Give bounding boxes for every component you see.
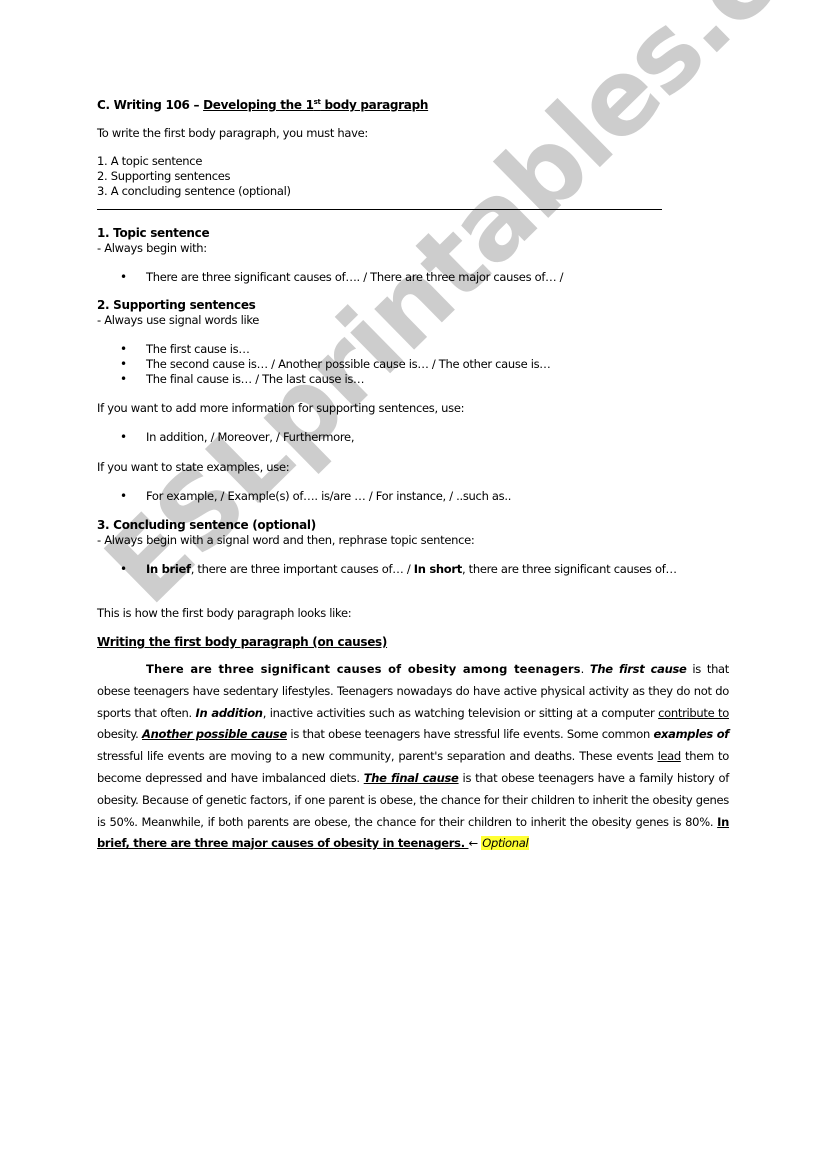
topic-sentence: There are three significant causes of ob… — [146, 662, 581, 676]
more-info-label: If you want to add more information for … — [97, 401, 729, 416]
list-item: The final cause is… / The last cause is… — [97, 372, 729, 387]
section-instruction: - Always use signal words like — [97, 313, 729, 328]
list-item: For example, / Example(s) of…. is/are … … — [97, 489, 729, 504]
signal-examples-of: examples of — [654, 727, 730, 741]
signal-first-cause: The first cause — [590, 662, 687, 676]
list-item: In brief, there are three important caus… — [97, 562, 729, 577]
section-heading: 3. Concluding sentence (optional) — [97, 518, 729, 533]
section-heading: 1. Topic sentence — [97, 226, 729, 241]
horizontal-divider — [97, 209, 662, 210]
arrow-left-icon: ← — [468, 836, 481, 850]
title-part2: body paragraph — [321, 98, 429, 112]
bullet-list: There are three significant causes of…. … — [97, 270, 729, 285]
example-title: Writing the first body paragraph (on cau… — [97, 635, 729, 650]
list-item: In addition, / Moreover, / Furthermore, — [97, 430, 729, 445]
title-part1: Developing the 1 — [203, 98, 314, 112]
text-run: stressful life events are moving to a ne… — [97, 749, 657, 763]
section-topic-sentence: 1. Topic sentence - Always begin with: T… — [97, 226, 729, 285]
page-title: C. Writing 106 – Developing the 1st body… — [97, 96, 729, 114]
text-run: obesity. — [97, 727, 142, 741]
underlined-lead: lead — [657, 749, 680, 763]
signal-another-cause: Another possible cause — [142, 727, 287, 741]
example-paragraph: There are three significant causes of ob… — [97, 659, 729, 855]
requirements-list: 1. A topic sentence 2. Supporting senten… — [97, 154, 729, 199]
bullet-list: For example, / Example(s) of…. is/are … … — [97, 489, 729, 504]
section-heading: 2. Supporting sentences — [97, 298, 729, 313]
title-prefix: C. Writing 106 – — [97, 98, 203, 112]
signal-final-cause: The final cause — [364, 771, 459, 785]
text-run: is that obese teenagers have stressful l… — [287, 727, 654, 741]
bullet-list: In brief, there are three important caus… — [97, 562, 729, 577]
requirement-item: 1. A topic sentence — [97, 154, 729, 169]
signal-word: In short — [414, 562, 462, 576]
example-lead-in: This is how the first body paragraph loo… — [97, 606, 729, 621]
list-item: There are three significant causes of…. … — [97, 270, 729, 285]
title-main: Developing the 1st body paragraph — [203, 98, 428, 112]
bullet-text: , there are three important causes of… / — [191, 562, 414, 576]
list-item: The second cause is… / Another possible … — [97, 357, 729, 372]
bullet-text: , there are three significant causes of… — [462, 562, 677, 576]
bullet-list: In addition, / Moreover, / Furthermore, — [97, 430, 729, 445]
section-concluding-sentence: 3. Concluding sentence (optional) - Alwa… — [97, 518, 729, 577]
bullet-list: The first cause is… The second cause is…… — [97, 342, 729, 387]
intro-text: To write the first body paragraph, you m… — [97, 126, 729, 141]
examples-label: If you want to state examples, use: — [97, 460, 729, 475]
list-item: The first cause is… — [97, 342, 729, 357]
section-supporting-sentences: 2. Supporting sentences - Always use sig… — [97, 298, 729, 504]
worksheet-page: C. Writing 106 – Developing the 1st body… — [97, 96, 729, 855]
section-instruction: - Always begin with a signal word and th… — [97, 533, 729, 548]
signal-in-addition: In addition — [196, 706, 263, 720]
underlined-contribute-to: contribute to — [658, 706, 729, 720]
text-run: . — [581, 662, 590, 676]
section-instruction: - Always begin with: — [97, 241, 729, 256]
optional-highlight: Optional — [481, 836, 529, 850]
text-run: , inactive activities such as watching t… — [263, 706, 658, 720]
requirement-item: 3. A concluding sentence (optional) — [97, 184, 729, 199]
signal-word: In brief — [146, 562, 191, 576]
title-superscript: st — [314, 98, 321, 106]
requirement-item: 2. Supporting sentences — [97, 169, 729, 184]
